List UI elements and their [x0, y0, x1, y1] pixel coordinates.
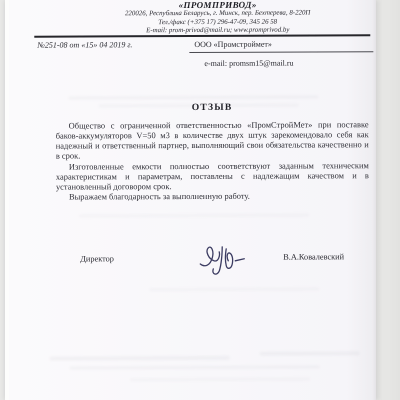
paragraph: Выражаем благодарность за выполненную ра…: [56, 190, 369, 202]
recipient-name: ООО «Промстроймет»: [194, 40, 272, 49]
bleed-through-mark: [260, 351, 360, 355]
bleed-through-mark: [149, 287, 319, 291]
bleed-through-mark: [70, 365, 320, 369]
document-page: «ПРОМПРИВОД» 220026, Республика Беларусь…: [9, 0, 376, 400]
document-body: Общество с ограниченной ответственностью…: [56, 119, 369, 202]
paragraph: Изготовленные емкости полностью соответс…: [56, 160, 369, 192]
signer-position: Директор: [80, 254, 114, 263]
recipient-email: e-mail: promsm15@mail.ru: [204, 59, 293, 68]
recipient-underline: [189, 51, 373, 53]
letterhead-divider: [34, 34, 370, 38]
bleed-through-mark: [69, 95, 319, 99]
signature-scribble: [198, 240, 260, 276]
document-title: ОТЗЫВ: [56, 101, 369, 113]
bleed-through-mark: [130, 377, 310, 381]
bleed-through-mark: [50, 356, 230, 361]
page-content: «ПРОМПРИВОД» 220026, Республика Беларусь…: [8, 0, 377, 400]
bleed-through-mark: [79, 213, 309, 217]
outgoing-number: №251-08 от «15» 04 2019 г.: [37, 40, 132, 49]
letterhead: «ПРОМПРИВОД» 220026, Республика Беларусь…: [66, 0, 369, 37]
signer-name: В.А.Ковалевский: [283, 252, 344, 261]
paragraph: Общество с ограниченной ответственностью…: [56, 119, 369, 161]
signature-block: Директор В.А.Ковалевский: [9, 237, 376, 279]
